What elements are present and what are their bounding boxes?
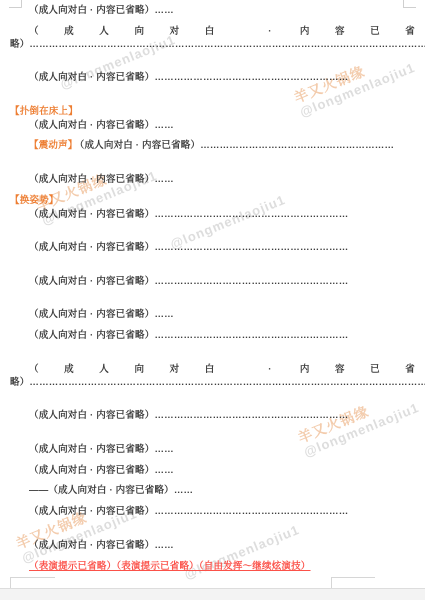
stage-tag: 【换姿势】: [10, 195, 415, 208]
dialogue-paragraph-redacted: （成人向对白 · 内容已省略）……: [10, 309, 415, 322]
dialogue-paragraph-redacted: （成人向对白 · 内容已省略）……………………………………………………: [10, 72, 415, 98]
dialogue-paragraph-redacted: （成人向对白 · 内容已省略）……: [10, 174, 415, 187]
dialogue-paragraph-redacted: （成人向对白 · 内容已省略）……………………………………………………………………: [10, 26, 415, 64]
dialogue-paragraph-redacted: （成人向对白 · 内容已省略）……………………………………………………: [10, 209, 415, 235]
stage-tag-inline: 【震动声】: [29, 140, 78, 151]
document-page: 羊又火锅缘 @longmenlaojiu1 @longmenlaojiu1 羊又…: [0, 0, 425, 600]
dialogue-paragraph-redacted: （成人向对白 · 内容已省略）……………………………………………………………………: [10, 364, 415, 402]
stage-tag: 【扑倒在床上】: [10, 106, 415, 119]
dialogue-paragraph-redacted: （成人向对白 · 内容已省略）……: [10, 120, 415, 133]
dialogue-paragraph-redacted: （成人向对白 · 内容已省略）……: [10, 540, 415, 553]
dialogue-paragraph-redacted: ——（成人向对白 · 内容已省略）……: [10, 485, 415, 498]
document-body: （成人向对白 · 内容已省略）……（成人向对白 · 内容已省略）………………………: [10, 5, 415, 581]
dialogue-paragraph-redacted: （成人向对白 · 内容已省略）……………………………………………………: [10, 506, 415, 532]
performance-note-redacted: （表演提示已省略）（表演提示已省略）（自由发挥～继续炫演技）: [10, 561, 415, 574]
dialogue-paragraph-redacted: （成人向对白 · 内容已省略）……………………………………………………: [10, 410, 415, 436]
dialogue-paragraph-redacted: （成人向对白 · 内容已省略）……………………………………………………: [10, 276, 415, 302]
page-gap: [0, 588, 425, 600]
dialogue-paragraph-redacted: 【震动声】（成人向对白 · 内容已省略）……………………………………………………: [10, 140, 415, 166]
dialogue-paragraph-redacted: （成人向对白 · 内容已省略）……………………………………………………: [10, 330, 415, 356]
dialogue-paragraph-redacted: （成人向对白 · 内容已省略）……: [10, 465, 415, 478]
dialogue-paragraph-redacted: （成人向对白 · 内容已省略）……: [10, 5, 415, 18]
dialogue-paragraph-redacted: （成人向对白 · 内容已省略）……………………………………………………: [10, 242, 415, 268]
dialogue-paragraph-redacted: （成人向对白 · 内容已省略）……: [10, 444, 415, 457]
